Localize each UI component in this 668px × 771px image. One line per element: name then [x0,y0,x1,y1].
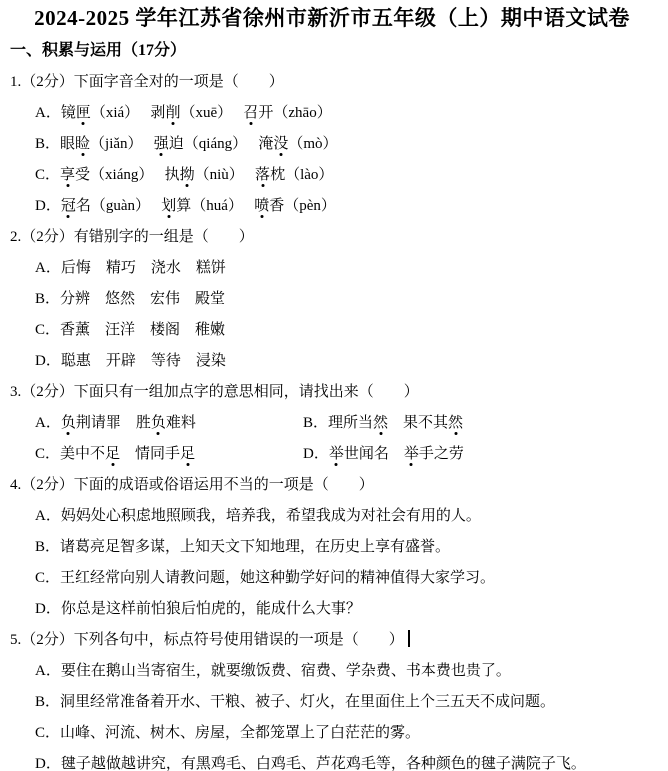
question-1-option-c: C．享受（xiáng） 执拗（niù） 落枕（lào） [35,165,654,185]
emphasized-char: 享 [60,165,75,185]
text-cursor [408,630,410,647]
text-segment: D．毽子越做越讲究，有黑鸡毛、白鸡毛、芦花鸡毛等，各种颜色的毽子满院子飞。 [35,756,586,771]
text-segment: 迫（qiáng） 淹 [169,136,274,152]
question-5-option-a: A．要住在鹅山当寄宿生，就要缴饭费、宿费、学杂费、书本费也贵了。 [35,661,654,681]
emphasized-char: 喷 [254,196,269,216]
text-segment: 世闻名 [344,446,404,462]
text-segment: A． [35,415,61,431]
emphasized-char: 足 [180,444,195,464]
text-segment: 枕（lào） [270,167,333,183]
text-segment: C．王红经常向别人请教问题，她这种勤学好问的精神值得大家学习。 [35,570,495,586]
text-segment: 开（zhāo） [258,105,331,121]
question-2-option-b: B．分辨 悠然 宏伟 殿堂 [35,289,654,309]
text-segment: C．香薰 汪洋 楼阁 稚嫩 [35,322,225,338]
text-segment: B．诸葛亮足智多谋，上知天文下知地理，在历史上享有盛誉。 [35,539,450,555]
text-segment: D． [303,446,329,462]
question-2-option-a: A．后悔 精巧 浇水 糕饼 [35,258,654,278]
text-segment: A．镜 [35,105,76,121]
text-segment: D．聪惠 开辟 等待 浸染 [35,353,226,369]
emphasized-char: 然 [448,413,463,433]
text-segment: 果不其 [388,415,448,431]
text-segment: B．眼 [35,136,75,152]
question-1-stem: 1.（2分）下面字音全对的一项是（ ） [10,72,654,92]
text-segment: B．理所当 [303,415,373,431]
emphasized-char: 足 [105,444,120,464]
question-4-option-c: C．王红经常向别人请教问题，她这种勤学好问的精神值得大家学习。 [35,568,654,588]
question-3-option-b: B．理所当然 果不其然 [303,413,654,433]
question-5-stem: 5.（2分）下列各句中，标点符号使用错误的一项是（ ） [10,630,654,650]
text-segment: 受（xiáng） 执 [75,167,180,183]
emphasized-char: 匣 [76,103,91,123]
text-segment: 难料 [166,415,196,431]
emphasized-char: 负 [151,413,166,433]
question-2-option-c: C．香薰 汪洋 楼阁 稚嫩 [35,320,654,340]
emphasized-char: 冠 [61,196,76,216]
text-segment: D．你总是这样前怕狼后怕虎的，能成什么大事？ [35,601,361,617]
question-4-option-b: B．诸葛亮足智多谋，上知天文下知地理，在历史上享有盛誉。 [35,537,654,557]
text-segment: C．美中不 [35,446,105,462]
question-2-stem: 2.（2分）有错别字的一组是（ ） [10,227,654,247]
question-5-option-d: D．毽子越做越讲究，有黑鸡毛、白鸡毛、芦花鸡毛等，各种颜色的毽子满院子飞。 [35,754,654,771]
question-3-options-row-2: C．美中不足 情同手足 D．举世闻名 举手之劳 [35,444,654,464]
question-3-option-a: A．负荆请罪 胜负难料 [35,413,303,433]
question-1-option-a: A．镜匣（xiá） 剥削（xuē） 召开（zhāo） [35,103,654,123]
text-segment: A．妈妈处心积虑地照顾我，培养我，希望我成为对社会有用的人。 [35,508,481,524]
emphasized-char: 落 [255,165,270,185]
text-segment: 情同手 [120,446,180,462]
question-5-option-c: C．山峰、河流、树木、房屋，全都笼罩上了白茫茫的雾。 [35,723,654,743]
text-segment: （mò） [288,136,337,152]
emphasized-char: 强 [154,134,169,154]
page-title: 2024-2025 学年江苏省徐州市新沂市五年级（上）期中语文试卷 [10,5,654,32]
emphasized-char: 没 [273,134,288,154]
question-1-option-b: B．眼睑（jiǎn） 强迫（qiáng） 淹没（mò） [35,134,654,154]
question-4-stem: 4.（2分）下面的成语或俗语运用不当的一项是（ ） [10,475,654,495]
question-4-option-d: D．你总是这样前怕狼后怕虎的，能成什么大事？ [35,599,654,619]
question-1-option-d: D．冠名（guàn） 划算（huá） 喷香（pèn） [35,196,654,216]
text-segment: 名（guàn） [76,198,161,214]
question-3-option-d: D．举世闻名 举手之劳 [303,444,654,464]
text-segment: B．洞里经常准备着开水、干粮、被子、灯火，在里面住上个三五天不成问题。 [35,694,555,710]
question-3-options-row-1: A．负荆请罪 胜负难料 B．理所当然 果不其然 [35,413,654,433]
text-segment: （xuē） [180,105,243,121]
emphasized-char: 举 [404,444,419,464]
question-3-option-c: C．美中不足 情同手足 [35,444,303,464]
emphasized-char: 召 [243,103,258,123]
emphasized-char: 削 [165,103,180,123]
text-segment: 手之劳 [419,446,464,462]
emphasized-char: 划 [161,196,176,216]
text-segment: 香（pèn） [269,198,336,214]
text-segment: C．山峰、河流、树木、房屋，全都笼罩上了白茫茫的雾。 [35,725,420,741]
question-5-stem-text: 5.（2分）下列各句中，标点符号使用错误的一项是（ ） [10,632,404,648]
text-segment: 算（huá） [176,198,254,214]
text-segment: （jiǎn） [90,136,154,152]
emphasized-char: 拗 [180,165,195,185]
emphasized-char: 举 [329,444,344,464]
question-2-option-d: D．聪惠 开辟 等待 浸染 [35,351,654,371]
question-5-option-b: B．洞里经常准备着开水、干粮、被子、灯火，在里面住上个三五天不成问题。 [35,692,654,712]
question-4-option-a: A．妈妈处心积虑地照顾我，培养我，希望我成为对社会有用的人。 [35,506,654,526]
emphasized-char: 然 [373,413,388,433]
text-segment: 荆请罪 胜 [76,415,151,431]
text-segment: D． [35,198,61,214]
text-segment: A．后悔 精巧 浇水 糕饼 [35,260,226,276]
exam-document: 2024-2025 学年江苏省徐州市新沂市五年级（上）期中语文试卷 一、积累与运… [0,0,668,771]
text-segment: B．分辨 悠然 宏伟 殿堂 [35,291,225,307]
question-3-stem: 3.（2分）下面只有一组加点字的意思相同，请找出来（ ） [10,382,654,402]
emphasized-char: 负 [61,413,76,433]
emphasized-char: 睑 [75,134,90,154]
text-segment: （xiá） 剥 [91,105,166,121]
section-heading: 一、积累与运用（17分） [10,41,654,61]
text-segment: C． [35,167,60,183]
text-segment: A．要住在鹅山当寄宿生，就要缴饭费、宿费、学杂费、书本费也贵了。 [35,663,511,679]
text-segment: （niù） [195,167,255,183]
